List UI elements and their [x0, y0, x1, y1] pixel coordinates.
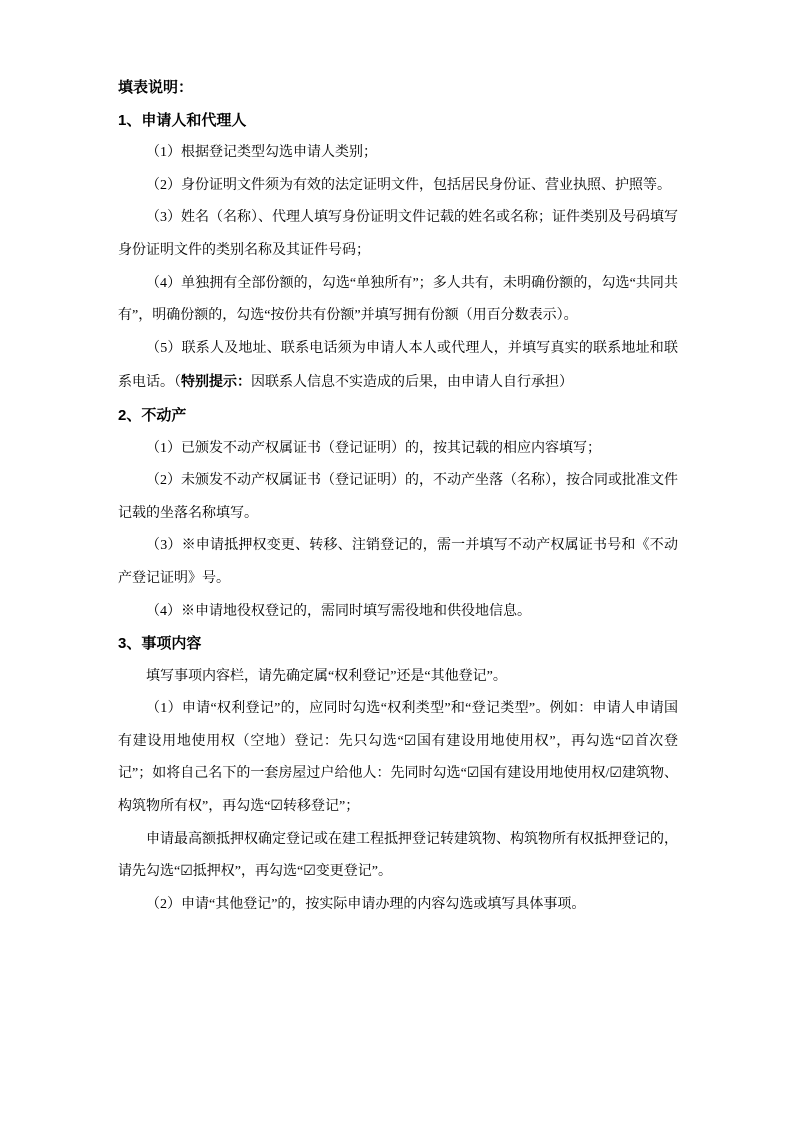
section-3-heading: 3、事项内容 — [118, 628, 678, 661]
section-3-para-4: （2）申请“其他登记”的，按实际申请办理的内容勾选或填写具体事项。 — [118, 889, 678, 922]
section-1-para-5-post: 因联系人信息不实造成的后果，由申请人自行承担） — [251, 375, 573, 390]
section-1-para-5: （5）联系人及地址、联系电话须为申请人本人或代理人，并填写真实的联系地址和联系电… — [118, 333, 678, 400]
section-3-para-2: （1）申请“权利登记”的，应同时勾选“权利类型”和“登记类型”。例如：申请人申请… — [118, 693, 678, 823]
section-2-para-3: （3）※申请抵押权变更、转移、注销登记的，需一并填写不动产权属证书号和《不动产登… — [118, 530, 678, 595]
section-3-para-1: 填写事项内容栏，请先确定属“权利登记”还是“其他登记”。 — [118, 661, 678, 694]
section-2-para-2: （2）未颁发不动产权属证书（登记证明）的，不动产坐落（名称），按合同或批准文件记… — [118, 465, 678, 530]
section-1-para-2: （2）身份证明文件须为有效的法定证明文件，包括居民身份证、营业执照、护照等。 — [118, 170, 678, 203]
document-page: 填表说明： 1、申请人和代理人 （1）根据登记类型勾选申请人类别； （2）身份证… — [0, 0, 793, 1122]
section-2-heading: 2、不动产 — [118, 400, 678, 433]
special-note-label: 特别提示： — [181, 373, 251, 389]
section-1-para-1: （1）根据登记类型勾选申请人类别； — [118, 137, 678, 170]
document-content: 填表说明： 1、申请人和代理人 （1）根据登记类型勾选申请人类别； （2）身份证… — [118, 72, 678, 921]
section-1-para-4: （4）单独拥有全部份额的，勾选“单独所有”；多人共有，未明确份额的，勾选“共同共… — [118, 268, 678, 333]
doc-title: 填表说明： — [118, 72, 678, 105]
section-2-para-1: （1）已颁发不动产权属证书（登记证明）的，按其记载的相应内容填写； — [118, 433, 678, 466]
section-1-heading: 1、申请人和代理人 — [118, 105, 678, 138]
section-3-para-3: 申请最高额抵押权确定登记或在建工程抵押登记转建筑物、构筑物所有权抵押登记的，请先… — [118, 824, 678, 889]
section-1-para-3: （3）姓名（名称）、代理人填写身份证明文件记载的姓名或名称；证件类别及号码填写身… — [118, 202, 678, 267]
section-2-para-4: （4）※申请地役权登记的，需同时填写需役地和供役地信息。 — [118, 596, 678, 629]
